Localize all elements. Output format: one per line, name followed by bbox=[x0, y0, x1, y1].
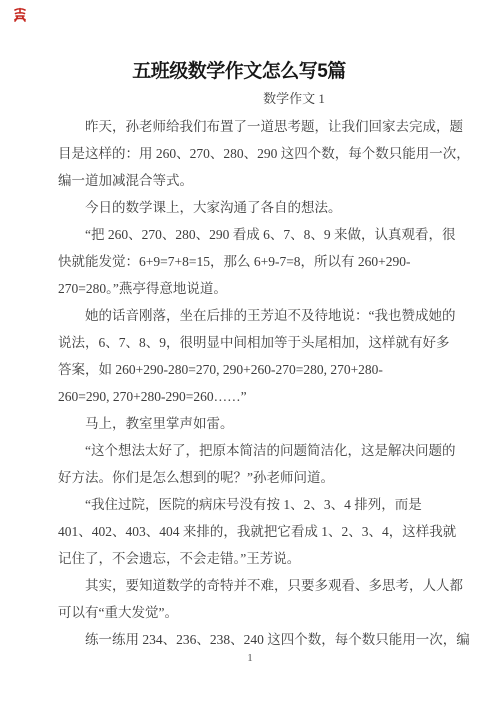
red-logo-icon bbox=[13, 7, 27, 22]
body-line-14: 好方法。你们是怎么想到的呢？”孙老师问道。 bbox=[58, 464, 500, 491]
body-line-7: 270=280。”燕亭得意地说道。 bbox=[58, 275, 500, 302]
body-line-13: “这个想法太好了，把原本简洁的问题简洁化，这是解决问题的 bbox=[58, 437, 500, 464]
body-line-6: 快就能发觉：6+9=7+8=15，那么 6+9-7=8，所以有 260+290- bbox=[58, 248, 500, 275]
body-line-2: 目是这样的：用 260、270、280、290 这四个数，每个数只能用一次， bbox=[58, 140, 500, 167]
body-line-19: 可以有“重大发觉”。 bbox=[58, 599, 500, 626]
body-text: 昨天，孙老师给我们布置了一道思考题，让我们回家去完成，题目是这样的：用 260、… bbox=[58, 113, 500, 653]
body-line-9: 说法，6、7、8、9，很明显中间相加等于头尾相加，这样就有好多 bbox=[58, 329, 500, 356]
body-line-17: 记住了，不会遗忘，不会走错。”王芳说。 bbox=[58, 545, 500, 572]
section-subtitle: 数学作文 1 bbox=[0, 91, 500, 107]
page-title: 五班级数学作文怎么写5篇 bbox=[0, 0, 500, 85]
page-number: 1 bbox=[0, 651, 500, 665]
body-line-12: 马上，教室里掌声如雷。 bbox=[58, 410, 500, 437]
document-page: 五班级数学作文怎么写5篇 数学作文 1 昨天，孙老师给我们布置了一道思考题，让我… bbox=[0, 0, 500, 708]
body-line-15: “我住过院，医院的病床号没有按 1、2、3、4 排列，而是 bbox=[58, 491, 500, 518]
body-line-5: “把 260、270、280、290 看成 6、7、8、9 来做，认真观看，很 bbox=[58, 221, 500, 248]
body-line-18: 其实，要知道数学的奇特并不难，只要多观看、多思考，人人都 bbox=[58, 572, 500, 599]
body-line-16: 401、402、403、404 来排的，我就把它看成 1、2、3、4，这样我就 bbox=[58, 518, 500, 545]
body-line-1: 昨天，孙老师给我们布置了一道思考题，让我们回家去完成，题 bbox=[58, 113, 500, 140]
body-line-8: 她的话音刚落，坐在后排的王芳迫不及待地说：“我也赞成她的 bbox=[58, 302, 500, 329]
body-line-3: 编一道加减混合等式。 bbox=[58, 167, 500, 194]
body-line-20: 练一练用 234、236、238、240 这四个数，每个数只能用一次，编 bbox=[58, 626, 500, 653]
body-line-4: 今日的数学课上，大家沟通了各自的想法。 bbox=[58, 194, 500, 221]
body-line-11: 260=290, 270+280-290=260……” bbox=[58, 383, 500, 410]
body-line-10: 答案，如 260+290-280=270, 290+260-270=280, 2… bbox=[58, 356, 500, 383]
